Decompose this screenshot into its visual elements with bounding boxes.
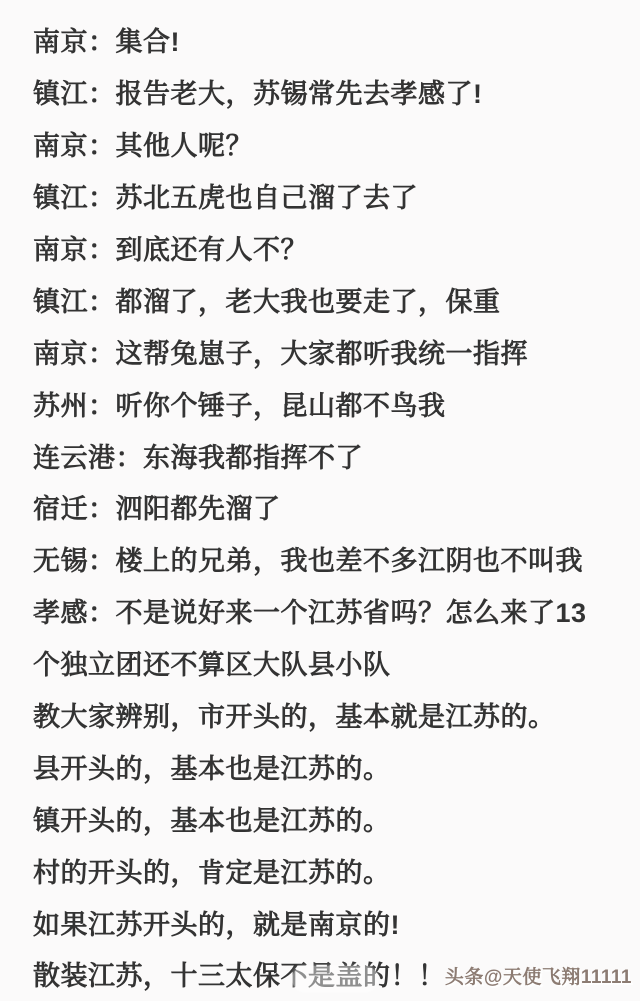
- dialogue-line: 孝感：不是说好来一个江苏省吗？怎么来了13: [33, 585, 634, 637]
- dialogue-line: 南京：其他人呢？: [33, 118, 634, 170]
- dialogue-line: 县开头的，基本也是江苏的。: [33, 740, 634, 792]
- dialogue-line: 镇江：都溜了，老大我也要走了，保重: [33, 273, 634, 325]
- dialogue-line: 个独立团还不算区大队县小队: [33, 637, 634, 689]
- toutiao-attribution-watermark: 头条@天使飞翔11111: [445, 962, 632, 989]
- dialogue-line: 如果江苏开头的，就是南京的!: [33, 896, 634, 948]
- dialogue-line: 连云港：东海我都指挥不了: [33, 429, 634, 481]
- dialogue-line: 宿迁：泗阳都先溜了: [33, 481, 634, 533]
- dialogue-line: 村的开头的，肯定是江苏的。: [33, 844, 634, 896]
- dialogue-text-block: 南京：集合! 镇江：报告老大，苏锡常先去孝感了! 南京：其他人呢？ 镇江：苏北五…: [33, 14, 634, 1000]
- dialogue-line: 南京：集合!: [33, 14, 634, 66]
- dialogue-line: 南京：到底还有人不？: [33, 222, 634, 274]
- dialogue-line: 苏州：听你个锤子，昆山都不鸟我: [33, 377, 634, 429]
- dialogue-line: 镇江：报告老大，苏锡常先去孝感了!: [33, 66, 634, 118]
- dialogue-line: 镇江：苏北五虎也自己溜了去了: [33, 170, 634, 222]
- dialogue-line: 镇开头的，基本也是江苏的。: [33, 792, 634, 844]
- dialogue-line: 南京：这帮兔崽子，大家都听我统一指挥: [33, 325, 634, 377]
- dialogue-line: 教大家辨别，市开头的，基本就是江苏的。: [33, 689, 634, 741]
- dialogue-line: 无锡：楼上的兄弟，我也差不多江阴也不叫我: [33, 533, 634, 585]
- meme-page: 南京：集合! 镇江：报告老大，苏锡常先去孝感了! 南京：其他人呢？ 镇江：苏北五…: [0, 0, 640, 1001]
